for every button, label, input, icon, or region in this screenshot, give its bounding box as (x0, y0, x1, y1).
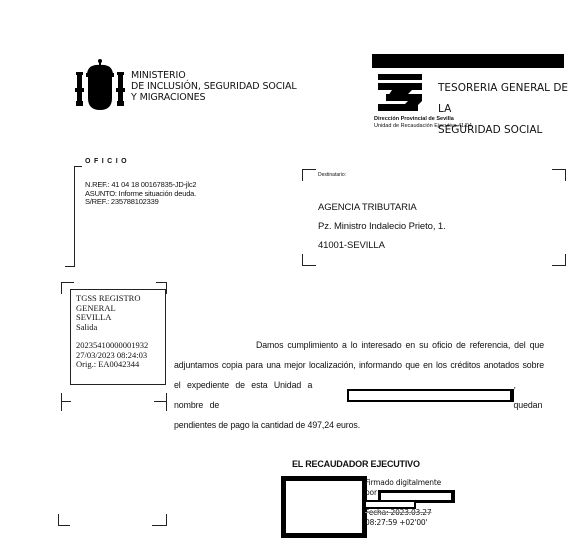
your-reference: S/REF.: 235788102339 (85, 198, 196, 207)
body-text: , quedan (514, 375, 545, 415)
body-line: el expediente de esta Unidad a nombre de… (174, 375, 544, 415)
recipient-label: Destinatario: (318, 172, 346, 178)
bracket-line (302, 265, 316, 266)
ministry-line: DE INCLUSIÓN, SEGURIDAD SOCIAL (131, 81, 297, 92)
bracket-line (552, 169, 566, 170)
provincial-direction: Dirección Provincial de Sevilla (374, 116, 472, 123)
bracket-line (74, 166, 82, 167)
bracket-line (65, 266, 75, 267)
bracket-line (61, 401, 71, 402)
bracket-line (58, 525, 70, 526)
redacted-signature (281, 476, 367, 538)
registry-stamp: TGSS REGISTRO GENERAL SEVILLA Salida 202… (70, 289, 166, 385)
bracket-line (302, 169, 316, 170)
tgss-logo-icon (378, 74, 430, 112)
tgss-name: TESORERIA GENERAL DE LA SEGURIDAD SOCIAL (438, 78, 577, 141)
bracket-line (166, 514, 167, 525)
coat-of-arms-icon (74, 58, 126, 114)
ministry-name: MINISTERIO DE INCLUSIÓN, SEGURIDAD SOCIA… (131, 70, 297, 103)
registry-origin: Orig.: EA0042344 (76, 360, 148, 370)
ministry-line: Y MIGRACIONES (131, 92, 297, 103)
tgss-name-line: TESORERIA GENERAL DE LA (438, 78, 577, 120)
redaction-bar (364, 500, 416, 509)
bracket-line (552, 265, 566, 266)
bracket-line (166, 282, 167, 294)
signer-title: EL RECAUDADOR EJECUTIVO (292, 459, 420, 469)
recipient-street: Pz. Ministro Indalecio Prieto, 1. (318, 217, 446, 236)
bracket-line (565, 169, 566, 181)
oficio-title: OFICIO (85, 158, 130, 165)
collection-unit: Unidad de Recaudación Ejecutiva 41/04 (374, 123, 472, 130)
ministry-line: MINISTERIO (131, 70, 297, 81)
body-line: pendientes de pago la cantidad de 497,24… (174, 415, 544, 435)
bracket-line (152, 525, 167, 526)
stamp-line: Salida (76, 323, 148, 333)
recipient-name: AGENCIA TRIBUTARIA (318, 198, 446, 217)
bracket-line (61, 282, 74, 283)
body-line: Damos cumplimiento a lo interesado en su… (174, 335, 544, 355)
signature-date: Fecha: 2023.03.27 (365, 508, 441, 518)
body-line: adjuntamos copia para una mejor localiza… (174, 355, 544, 375)
bracket-line (156, 282, 167, 283)
bracket-line (61, 393, 62, 411)
bracket-line (302, 169, 303, 181)
recipient-city: 41001-SEVILLA (318, 236, 446, 255)
tgss-subheading: Dirección Provincial de Sevilla Unidad d… (374, 116, 472, 130)
signed-digitally: Firmado digitalmente (365, 478, 441, 488)
letter-body: Damos cumplimiento a lo interesado en su… (174, 335, 544, 435)
signature-time: 08:27:59 +02'00' (365, 518, 441, 528)
bracket-line (154, 401, 166, 402)
oficio-references: N.REF.: 41 04 18 00167835-JD-jlc2 ASUNTO… (85, 181, 196, 207)
redacted-name (347, 389, 513, 402)
bracket-line (58, 514, 59, 525)
bracket-line (166, 393, 167, 411)
bracket-line (74, 166, 75, 267)
recipient-address: AGENCIA TRIBUTARIA Pz. Ministro Indaleci… (318, 198, 446, 255)
redaction-bar (372, 54, 564, 68)
body-text: el expediente de esta Unidad a nombre de (174, 375, 347, 415)
bracket-line (61, 282, 62, 294)
